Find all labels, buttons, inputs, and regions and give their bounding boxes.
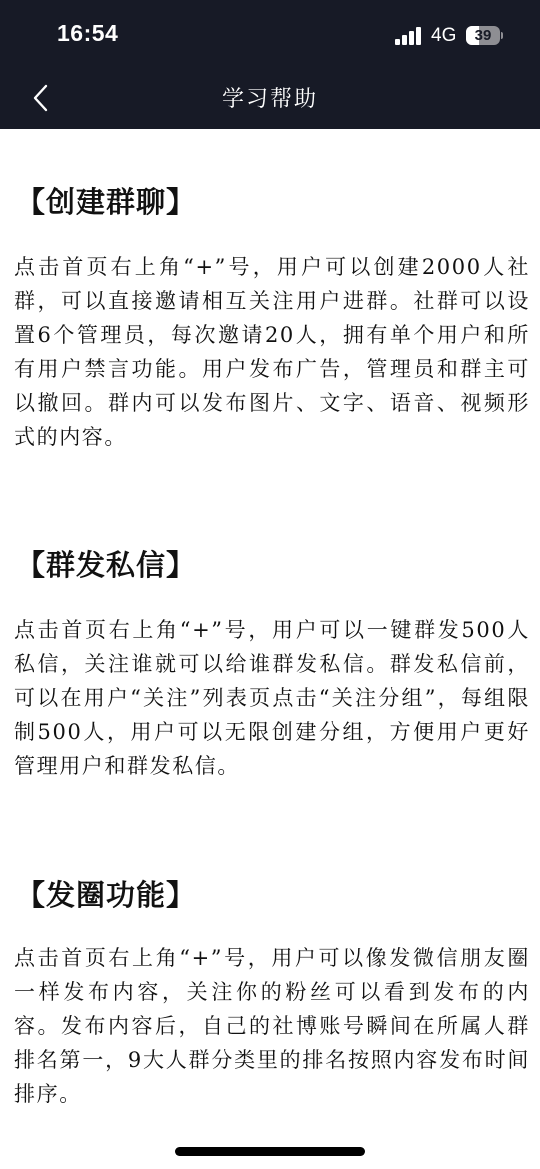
page-title: 学习帮助 [0,82,540,113]
section-title: 【创建群聊】 [16,180,196,221]
battery-level: 39 [466,26,500,45]
section-body: 点击首页右上角“+”号，用户可以一键群发500人私信，关注谁就可以给谁群发私信。… [14,613,530,783]
network-type: 4G [431,25,456,47]
status-time: 16:54 [57,20,118,47]
top-bar: 16:54 4G 39 学习帮助 [0,0,540,129]
battery-icon: 39 [466,26,500,45]
battery-tip [501,32,503,39]
section-body: 点击首页右上角“+”号，用户可以创建2000人社群，可以直接邀请相互关注用户进群… [14,250,530,454]
section-title: 【发圈功能】 [16,873,196,914]
status-bar: 16:54 4G 39 [0,0,540,70]
cellular-signal-icon [395,27,425,45]
home-indicator[interactable] [175,1147,365,1156]
section-body: 点击首页右上角“+”号，用户可以像发微信朋友圈一样发布内容，关注你的粉丝可以看到… [14,941,530,1111]
section-title: 【群发私信】 [16,543,196,584]
nav-bar: 学习帮助 [0,70,540,129]
